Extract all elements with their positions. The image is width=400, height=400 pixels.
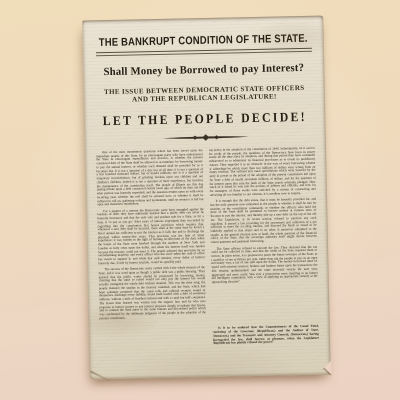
body-paragraph: One of the most momentous questions whic… <box>96 149 204 207</box>
pamphlet-page: THE BANKRUPT CONDITION OF THE STATE. Sha… <box>82 16 330 380</box>
body-paragraph: The State officers refused to execute th… <box>211 245 318 285</box>
pamphlet-title: THE BANKRUPT CONDITION OF THE STATE. <box>94 14 311 49</box>
right-column-body: ing policy in the adoption of the consti… <box>208 147 318 328</box>
body-columns: One of the most momentous questions whic… <box>85 146 330 348</box>
body-paragraph: For a quarter of a century the Democrati… <box>97 208 205 266</box>
right-column: ing policy in the adoption of the consti… <box>208 147 319 346</box>
title-double-rule <box>95 48 311 57</box>
body-paragraph: It is enough that the debt exists, that … <box>210 198 317 245</box>
pamphlet-content: THE BANKRUPT CONDITION OF THE STATE. Sha… <box>82 16 330 380</box>
product-photo-background: THE BANKRUPT CONDITION OF THE STATE. Sha… <box>0 0 400 400</box>
pamphlet-question-headline: Shall Money be Borrowed to pay Interest? <box>87 62 321 79</box>
body-paragraph: ing policy in the adoption of the consti… <box>208 147 315 198</box>
closing-paragraph: Is it to be endured that the Commissione… <box>212 325 319 346</box>
left-column: One of the most momentous questions whic… <box>96 149 207 348</box>
swelled-rule-divider-icon <box>157 132 253 143</box>
pamphlet-slogan: LET THE PEOPLE DECIDE! <box>96 109 313 130</box>
body-paragraph: The success of the Democratic party carr… <box>98 266 206 321</box>
